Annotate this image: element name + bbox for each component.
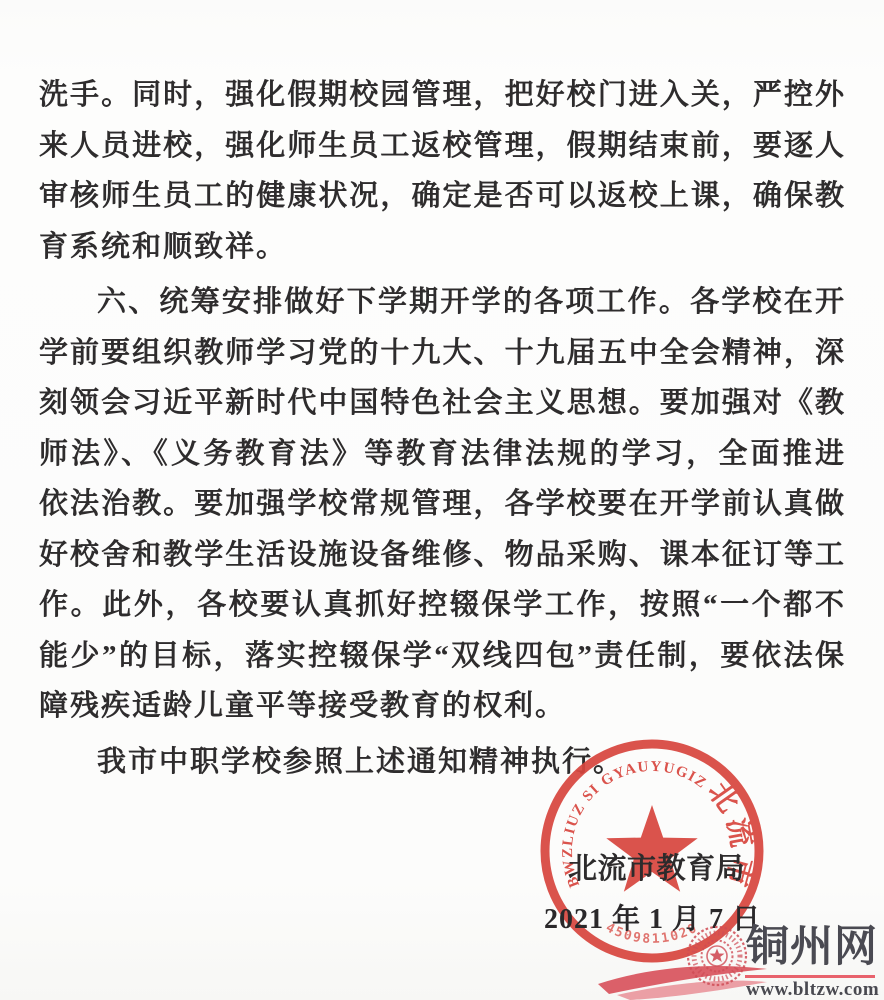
watermark-underline	[745, 975, 875, 978]
document-page: 洗手。同时，强化假期校园管理，把好校门进入关，严控外来人员进校，强化师生员工返校…	[0, 0, 884, 1000]
paragraph-hand-washing: 洗手。同时，强化假期校园管理，把好校门进入关，严控外来人员进校，强化师生员工返校…	[39, 70, 846, 272]
issuer-signature: 北流市教育局	[568, 846, 745, 887]
watermark-logo-star	[710, 949, 725, 963]
watermark-logo-icon	[683, 924, 751, 990]
site-watermark: 铜州网 www.bltzw.com	[595, 918, 884, 1000]
paragraph-item-six: 六、统筹安排做好下学期开学的各项工作。各学校在开学前要组织教师学习党的十九大、十…	[39, 277, 846, 732]
watermark-site-url: www.bltzw.com	[746, 979, 879, 1000]
watermark-site-name: 铜州网	[746, 926, 878, 969]
document-text: 洗手。同时，强化假期校园管理，把好校门进入关，严控外来人员进校，强化师生员工返校…	[39, 70, 846, 787]
